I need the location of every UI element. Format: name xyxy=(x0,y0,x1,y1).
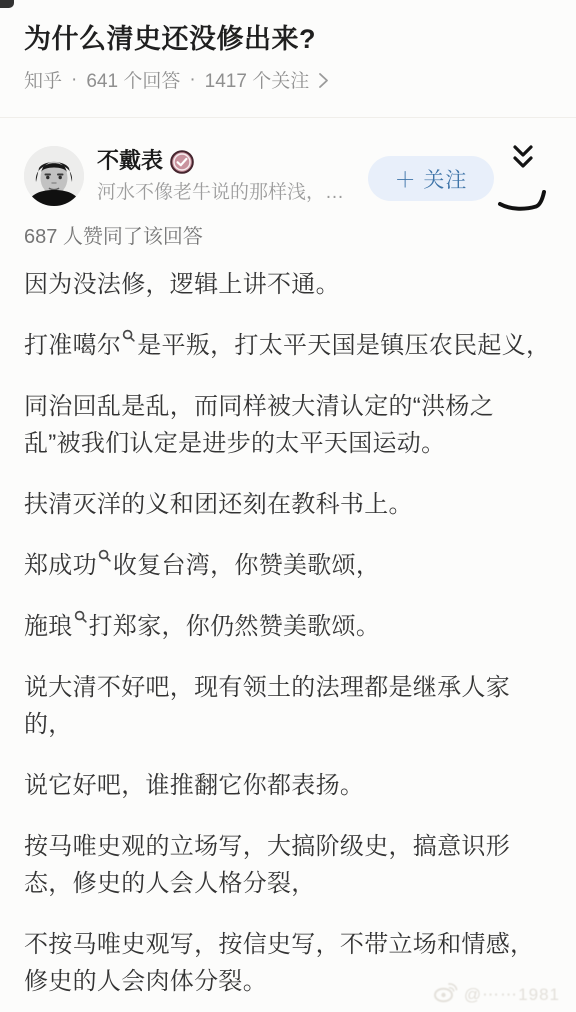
swoosh-stroke xyxy=(496,180,554,217)
answer-paragraph: 说大清不好吧，现有领土的法理都是继承人家 的， xyxy=(24,669,552,743)
answer-count: 641 个回答 xyxy=(86,66,180,93)
meta-dot: · xyxy=(189,69,195,91)
answer-paragraph: 说它好吧，谁推翻它你都表扬。 xyxy=(24,767,552,804)
search-icon[interactable] xyxy=(98,549,112,564)
answer-paragraph: 施琅打郑家，你仍然赞美歌颂。 xyxy=(24,608,552,645)
watermark: @⋯⋯1981 xyxy=(433,981,560,1008)
corner-artifact xyxy=(0,0,14,8)
follow-count: 1417 个关注 xyxy=(205,66,310,93)
answer-card: 不戴表 河水不像老牛说的那样浅，… ＋ 关注 xyxy=(0,118,576,1000)
answer-paragraph: 同治回乱是乱，而同样被大清认定的“洪杨之 乱”被我们认定是进步的太平天国运动。 xyxy=(24,388,552,462)
collapse-cluster xyxy=(496,144,554,217)
weibo-logo-icon xyxy=(433,981,459,1008)
zhihu-answer-screenshot: 为什么清史还没修出来? 知乎 · 641 个回答 · 1417 个关注 xyxy=(0,0,576,1012)
upvote-count: 687 人赞同了该回答 xyxy=(0,206,576,250)
author-row: 不戴表 河水不像老牛说的那样浅，… xyxy=(0,118,576,206)
answer-paragraph: 按马唯史观的立场写，大搞阶级史，搞意识形 态，修史的人会人格分裂， xyxy=(24,828,552,902)
author-info: 不戴表 河水不像老牛说的那样浅，… xyxy=(97,146,344,205)
chevron-right-icon[interactable] xyxy=(318,72,329,89)
question-meta[interactable]: 知乎 · 641 个回答 · 1417 个关注 xyxy=(24,66,552,93)
author-name[interactable]: 不戴表 xyxy=(97,148,163,174)
search-icon[interactable] xyxy=(122,329,136,344)
answer-body: 因为没法修，逻辑上讲不通。打准噶尔是平叛，打太平天国是镇压农民起义，同治回乱是乱… xyxy=(0,250,576,1000)
avatar-image xyxy=(24,146,84,206)
answer-paragraph: 扶清灭洋的义和团还刻在教科书上。 xyxy=(24,486,552,523)
answer-paragraph: 郑成功收复台湾，你赞美歌颂， xyxy=(24,547,552,584)
answer-paragraph: 打准噶尔是平叛，打太平天国是镇压农民起义， xyxy=(24,327,552,364)
avatar[interactable] xyxy=(24,146,84,206)
follow-button[interactable]: ＋ 关注 xyxy=(368,156,494,201)
source-label: 知乎 xyxy=(24,66,62,93)
author-bio: 河水不像老牛说的那样浅，… xyxy=(97,181,344,205)
double-chevron-down-icon[interactable] xyxy=(510,144,554,178)
search-icon[interactable] xyxy=(74,610,88,625)
question-header: 为什么清史还没修出来? 知乎 · 641 个回答 · 1417 个关注 xyxy=(0,0,576,93)
verified-check-icon xyxy=(170,150,194,174)
answer-paragraph: 因为没法修，逻辑上讲不通。 xyxy=(24,266,552,303)
meta-dot: · xyxy=(71,69,77,91)
question-title: 为什么清史还没修出来? xyxy=(24,22,552,56)
watermark-text: @⋯⋯1981 xyxy=(464,985,560,1005)
